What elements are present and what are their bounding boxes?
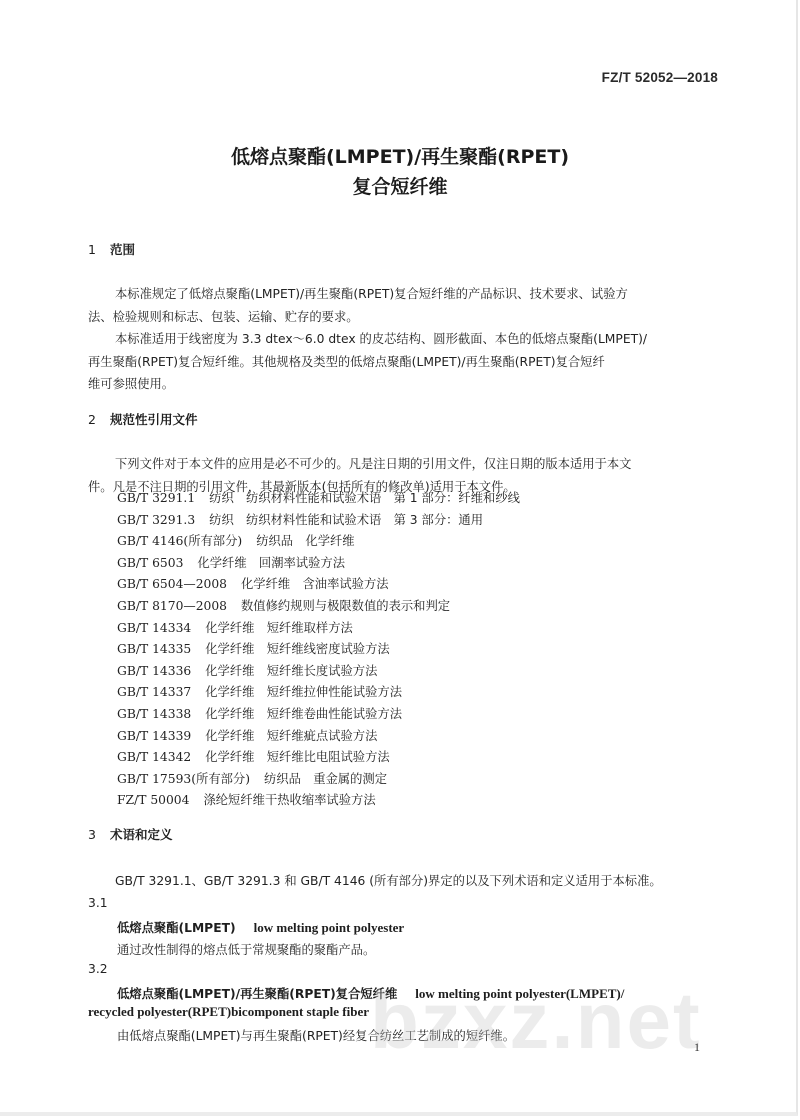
- reference-code: GB/T 14339: [117, 729, 191, 743]
- title-line-2: 复合短纤维: [0, 172, 800, 202]
- text-line: 法、检验规则和标志、包装、运输、贮存的要求。: [88, 306, 728, 329]
- terms-intro: GB/T 3291.1、GB/T 3291.3 和 GB/T 4146 (所有部…: [88, 870, 728, 893]
- term-english: low melting point polyester: [254, 920, 405, 935]
- reference-title: 数值修约规则与极限数值的表示和判定: [241, 599, 450, 613]
- reference-title: 纺织品 化学纤维: [256, 534, 354, 548]
- reference-item: GB/T 6504—2008化学纤维 含油率试验方法: [117, 574, 520, 596]
- reference-item: GB/T 8170—2008数值修约规则与极限数值的表示和判定: [117, 596, 520, 618]
- reference-title: 化学纤维 短纤维线密度试验方法: [205, 642, 389, 656]
- section-title: 范围: [110, 242, 135, 257]
- reference-title: 化学纤维 回潮率试验方法: [197, 556, 345, 570]
- reference-item: GB/T 14336化学纤维 短纤维长度试验方法: [117, 661, 520, 683]
- reference-code: GB/T 3291.1: [117, 491, 195, 505]
- reference-item: GB/T 14342化学纤维 短纤维比电阻试验方法: [117, 747, 520, 769]
- reference-title: 纺织 纺织材料性能和试验术语 第 1 部分：纤维和纱线: [209, 491, 520, 505]
- term-entry: 低熔点聚酯(LMPET)/再生聚酯(RPET)复合短纤维low melting …: [117, 984, 624, 1002]
- reference-title: 化学纤维 短纤维长度试验方法: [205, 664, 377, 678]
- term-chinese: 低熔点聚酯(LMPET)/再生聚酯(RPET)复合短纤维: [117, 987, 397, 1001]
- reference-code: GB/T 14334: [117, 621, 191, 635]
- reference-code: GB/T 6503: [117, 556, 183, 570]
- clause-number: 3.2: [88, 962, 108, 976]
- text-line: 下列文件对于本文件的应用是必不可少的。凡是注日期的引用文件，仅注日期的版本适用于…: [88, 453, 728, 476]
- reference-item: GB/T 14334化学纤维 短纤维取样方法: [117, 618, 520, 640]
- reference-item: GB/T 14338化学纤维 短纤维卷曲性能试验方法: [117, 704, 520, 726]
- text-line: 再生聚酯(RPET)复合短纤维。其他规格及类型的低熔点聚酯(LMPET)/再生聚…: [88, 351, 728, 374]
- reference-item: GB/T 14339化学纤维 短纤维疵点试验方法: [117, 726, 520, 748]
- reference-code: GB/T 14342: [117, 750, 191, 764]
- text-line: 本标准规定了低熔点聚酯(LMPET)/再生聚酯(RPET)复合短纤维的产品标识、…: [88, 283, 728, 306]
- reference-code: GB/T 6504—2008: [117, 577, 227, 591]
- section-1-heading: 1范围: [88, 240, 135, 258]
- section-3-heading: 3术语和定义: [88, 825, 173, 843]
- term-definition: 通过改性制得的熔点低于常规聚酯的聚酯产品。: [117, 940, 375, 958]
- page-number: 1: [694, 1040, 700, 1055]
- term-english-continued: recycled polyester(RPET)bicomponent stap…: [88, 1004, 369, 1020]
- term-definition: 由低熔点聚酯(LMPET)与再生聚酯(RPET)经复合纺丝工艺制成的短纤维。: [117, 1026, 515, 1044]
- document-page: FZ/T 52052—2018 低熔点聚酯(LMPET)/再生聚酯(RPET) …: [0, 0, 798, 1116]
- scope-paragraph-2: 本标准适用于线密度为 3.3 dtex～6.0 dtex 的皮芯结构、圆形截面、…: [88, 328, 728, 396]
- reference-code: GB/T 14335: [117, 642, 191, 656]
- reference-title: 纺织 纺织材料性能和试验术语 第 3 部分：通用: [209, 513, 483, 527]
- term-entry: 低熔点聚酯(LMPET)low melting point polyester: [117, 918, 404, 936]
- reference-title: 涤纶短纤维干热收缩率试验方法: [203, 793, 375, 807]
- term-english: low melting point polyester(LMPET)/: [415, 986, 624, 1001]
- reference-code: GB/T 4146(所有部分): [117, 534, 242, 548]
- scope-paragraph-1: 本标准规定了低熔点聚酯(LMPET)/再生聚酯(RPET)复合短纤维的产品标识、…: [88, 283, 728, 328]
- reference-item: GB/T 3291.1纺织 纺织材料性能和试验术语 第 1 部分：纤维和纱线: [117, 488, 520, 510]
- clause-number: 3.1: [88, 896, 108, 910]
- section-number: 3: [88, 827, 110, 842]
- reference-list: GB/T 3291.1纺织 纺织材料性能和试验术语 第 1 部分：纤维和纱线 G…: [117, 488, 520, 812]
- term-chinese: 低熔点聚酯(LMPET): [117, 921, 236, 935]
- reference-item: GB/T 17593(所有部分)纺织品 重金属的测定: [117, 769, 520, 791]
- reference-code: FZ/T 50004: [117, 793, 189, 807]
- reference-code: GB/T 14337: [117, 685, 191, 699]
- section-number: 2: [88, 412, 110, 427]
- reference-code: GB/T 17593(所有部分): [117, 772, 250, 786]
- title-line-1: 低熔点聚酯(LMPET)/再生聚酯(RPET): [0, 142, 800, 172]
- reference-title: 化学纤维 短纤维疵点试验方法: [205, 729, 377, 743]
- reference-title: 化学纤维 短纤维比电阻试验方法: [205, 750, 389, 764]
- document-title: 低熔点聚酯(LMPET)/再生聚酯(RPET) 复合短纤维: [0, 142, 800, 202]
- reference-title: 化学纤维 含油率试验方法: [241, 577, 389, 591]
- reference-title: 化学纤维 短纤维卷曲性能试验方法: [205, 707, 402, 721]
- reference-code: GB/T 3291.3: [117, 513, 195, 527]
- section-title: 术语和定义: [110, 827, 173, 842]
- standard-code: FZ/T 52052—2018: [602, 70, 718, 85]
- reference-title: 化学纤维 短纤维拉伸性能试验方法: [205, 685, 402, 699]
- reference-code: GB/T 14338: [117, 707, 191, 721]
- reference-title: 化学纤维 短纤维取样方法: [205, 621, 353, 635]
- reference-code: GB/T 8170—2008: [117, 599, 227, 613]
- reference-item: GB/T 4146(所有部分)纺织品 化学纤维: [117, 531, 520, 553]
- text-line: GB/T 3291.1、GB/T 3291.3 和 GB/T 4146 (所有部…: [88, 870, 728, 893]
- section-2-heading: 2规范性引用文件: [88, 410, 198, 428]
- section-title: 规范性引用文件: [110, 412, 198, 427]
- text-line: 维可参照使用。: [88, 373, 728, 396]
- section-number: 1: [88, 242, 110, 257]
- reference-item: GB/T 14337化学纤维 短纤维拉伸性能试验方法: [117, 682, 520, 704]
- text-line: 本标准适用于线密度为 3.3 dtex～6.0 dtex 的皮芯结构、圆形截面、…: [88, 328, 728, 351]
- reference-item: GB/T 6503化学纤维 回潮率试验方法: [117, 553, 520, 575]
- reference-item: FZ/T 50004涤纶短纤维干热收缩率试验方法: [117, 790, 520, 812]
- reference-item: GB/T 3291.3纺织 纺织材料性能和试验术语 第 3 部分：通用: [117, 510, 520, 532]
- reference-title: 纺织品 重金属的测定: [264, 772, 387, 786]
- reference-code: GB/T 14336: [117, 664, 191, 678]
- reference-item: GB/T 14335化学纤维 短纤维线密度试验方法: [117, 639, 520, 661]
